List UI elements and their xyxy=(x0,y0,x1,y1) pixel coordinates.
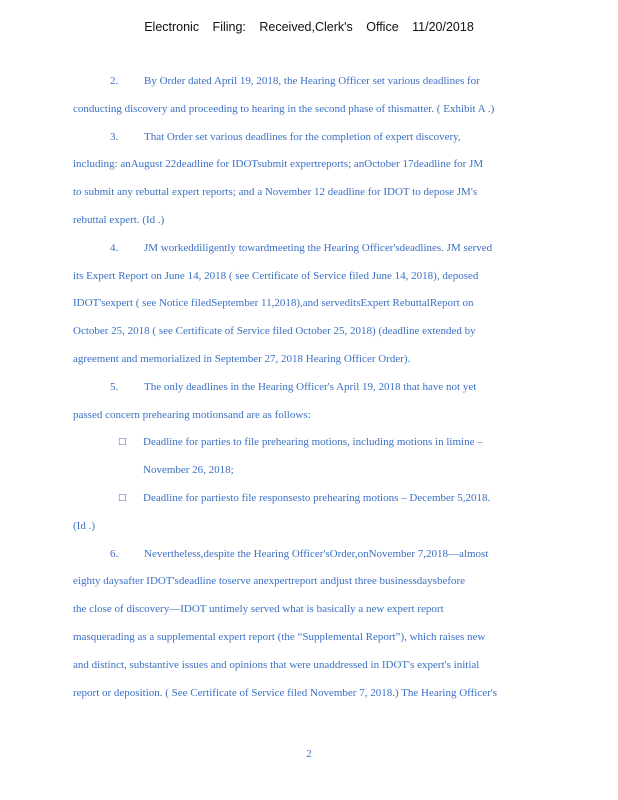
paragraph-text: By Order dated April 19, 2018, the Heari… xyxy=(144,68,480,96)
paragraph-6: 6. Nevertheless,despite the Hearing Offi… xyxy=(73,541,543,708)
paragraph-number: 4. xyxy=(110,235,144,263)
paragraph-number: 2. xyxy=(110,68,144,96)
paragraph-line: report or deposition. ( See Certificate … xyxy=(73,680,543,708)
bullet-box-icon: □ xyxy=(118,485,143,513)
paragraph-line: 4. JM workeddiligently towardmeeting the… xyxy=(73,235,543,263)
paragraph-line: 5. The only deadlines in the Hearing Off… xyxy=(73,374,543,402)
paragraph-number: 5. xyxy=(110,374,144,402)
bullet-box-icon: □ xyxy=(118,429,143,457)
document-body: 2. By Order dated April 19, 2018, the He… xyxy=(73,68,543,707)
bullet-item: □ Deadline for partiesto file responsest… xyxy=(73,485,543,513)
paragraph-line: 3. That Order set various deadlines for … xyxy=(73,124,543,152)
paragraph-text: JM workeddiligently towardmeeting the He… xyxy=(144,235,492,263)
bullet-item: □ Deadline for parties to file prehearin… xyxy=(73,429,543,457)
paragraph-line: to submit any rebuttal expert reports; a… xyxy=(73,179,543,207)
paragraph-line: October 25, 2018 ( see Certificate of Se… xyxy=(73,318,543,346)
paragraph-number: 3. xyxy=(110,124,144,152)
paragraph-line: IDOT'sexpert ( see Notice filedSeptember… xyxy=(73,290,543,318)
paragraph-line: eighty daysafter IDOT'sdeadline toserve … xyxy=(73,568,543,596)
paragraph-line: 2. By Order dated April 19, 2018, the He… xyxy=(73,68,543,96)
paragraph-line: and distinct, substantive issues and opi… xyxy=(73,652,543,680)
paragraph-number: 6. xyxy=(110,541,144,569)
paragraph-text: Nevertheless,despite the Hearing Officer… xyxy=(144,541,488,569)
paragraph-line: rebuttal expert. (Id .) xyxy=(73,207,543,235)
paragraph-line: including: anAugust 22deadline for IDOTs… xyxy=(73,151,543,179)
page-number: 2 xyxy=(0,748,618,760)
bullet-text: Deadline for partiesto file responsesto … xyxy=(143,485,490,513)
paragraph-line: its Expert Report on June 14, 2018 ( see… xyxy=(73,263,543,291)
paragraph-line: passed concern prehearing motionsand are… xyxy=(73,402,543,430)
paragraph-line: conducting discovery and proceeding to h… xyxy=(73,96,543,124)
paragraph-line: 6. Nevertheless,despite the Hearing Offi… xyxy=(73,541,543,569)
paragraph-3: 3. That Order set various deadlines for … xyxy=(73,124,543,235)
paragraph-4: 4. JM workeddiligently towardmeeting the… xyxy=(73,235,543,374)
filing-stamp-header: Electronic Filing: Received,Clerk's Offi… xyxy=(0,20,618,34)
bullet-text: Deadline for parties to file prehearing … xyxy=(143,429,483,457)
paragraph-2: 2. By Order dated April 19, 2018, the He… xyxy=(73,68,543,124)
citation-line: (Id .) xyxy=(73,513,543,541)
paragraph-line: masquerading as a supplemental expert re… xyxy=(73,624,543,652)
paragraph-line: agreement and memorialized in September … xyxy=(73,346,543,374)
bullet-continuation: November 26, 2018; xyxy=(73,457,543,485)
paragraph-text: That Order set various deadlines for the… xyxy=(144,124,461,152)
paragraph-line: the close of discovery—IDOT untimely ser… xyxy=(73,596,543,624)
paragraph-text: The only deadlines in the Hearing Office… xyxy=(144,374,476,402)
paragraph-5: 5. The only deadlines in the Hearing Off… xyxy=(73,374,543,541)
